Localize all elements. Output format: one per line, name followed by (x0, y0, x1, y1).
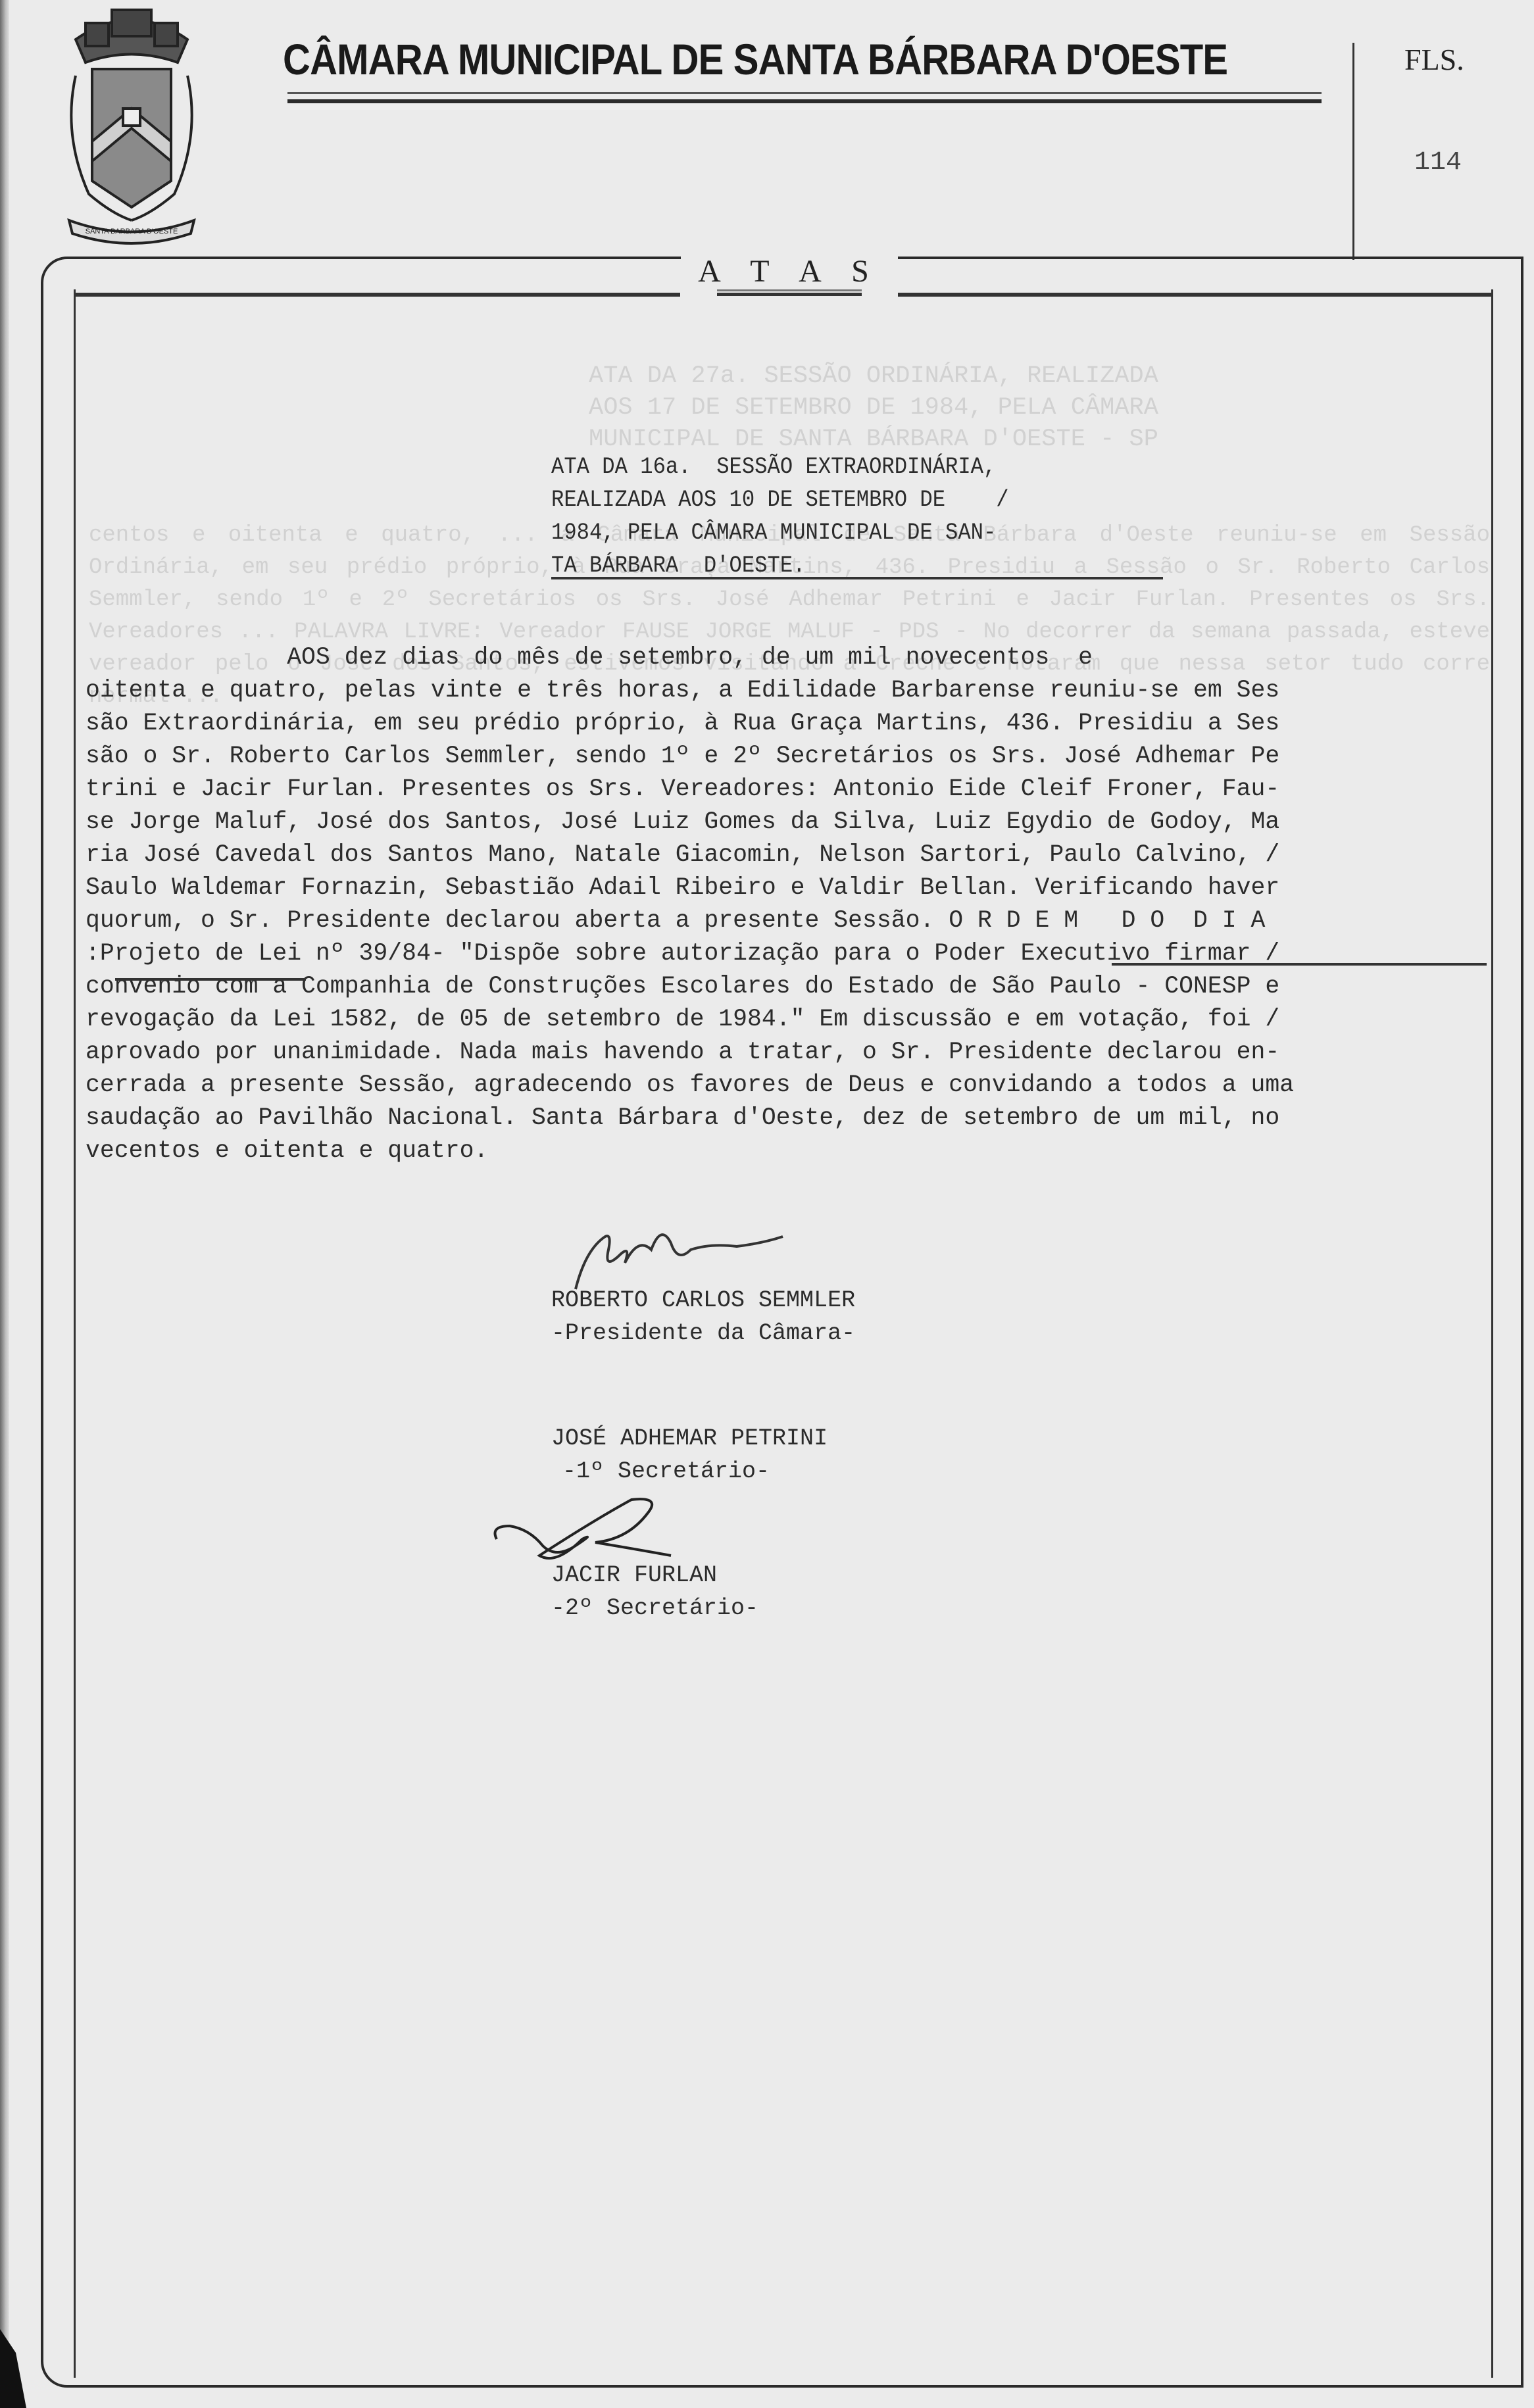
minutes-heading: ATA DA 16a. SESSÃO EXTRAORDINÁRIA,REALIZ… (551, 451, 1108, 582)
section-title: A T A S (681, 253, 898, 289)
inner-top-rule-right (896, 293, 1492, 297)
body-line: saudação ao Pavilhão Nacional. Santa Bár… (86, 1102, 1475, 1135)
heading-line: REALIZADA AOS 10 DE SETEMBRO DE / (551, 483, 1108, 516)
signatory-role: -1º Secretário- (562, 1455, 770, 1488)
heading-underline (551, 577, 1163, 579)
svg-text:SANTA BARBARA D'OESTE: SANTA BARBARA D'OESTE (86, 228, 178, 235)
body-line: quorum, o Sr. Presidente declarou aberta… (86, 904, 1475, 937)
body-line: se Jorge Maluf, José dos Santos, José Lu… (86, 806, 1475, 839)
body-line: aprovado por unanimidade. Nada mais have… (86, 1036, 1475, 1069)
signatory-role: -2º Secretário- (551, 1592, 758, 1625)
body-line: ria José Cavedal dos Santos Mano, Natale… (86, 839, 1475, 872)
scan-corner-shadow (0, 2329, 26, 2408)
body-line: Saulo Waldemar Fornazin, Sebastião Adail… (86, 872, 1475, 904)
projeto-underline (115, 978, 306, 981)
body-line: oitenta e quatro, pelas vinte e três hor… (86, 674, 1475, 707)
body-line: revogação da Lei 1582, de 05 de setembro… (86, 1003, 1475, 1036)
heading-line: 1984, PELA CÂMARA MUNICIPAL DE SAN- (551, 516, 1108, 549)
signatory-name: ROBERTO CARLOS SEMMLER (551, 1284, 855, 1317)
body-line: trini e Jacir Furlan. Presentes os Srs. … (86, 773, 1475, 806)
body-line: cerrada a presente Sessão, agradecendo o… (86, 1069, 1475, 1102)
inner-top-rule-left (74, 293, 680, 297)
minutes-body: AOS dez dias do mês de setembro, de um m… (86, 641, 1475, 1167)
body-line: são o Sr. Roberto Carlos Semmler, sendo … (86, 740, 1475, 773)
body-line: são Extraordinária, em seu prédio própri… (86, 707, 1475, 740)
folio-number: 114 (1414, 148, 1462, 178)
body-line: AOS dez dias do mês de setembro, de um m… (86, 641, 1475, 674)
folio-divider (1352, 43, 1354, 260)
signatory-role: -Presidente da Câmara- (551, 1317, 855, 1350)
signatory-name: JOSÉ ADHEMAR PETRINI (551, 1422, 828, 1455)
institution-title: CÂMARA MUNICIPAL DE SANTA BÁRBARA D'OEST… (283, 34, 1227, 84)
header-rule-thick (287, 99, 1322, 103)
signatory-name: JACIR FURLAN (551, 1559, 717, 1592)
section-title-underline (717, 289, 862, 296)
body-line: vecentos e oitenta e quatro. (86, 1135, 1475, 1167)
body-line: convenio com a Companhia de Construções … (86, 970, 1475, 1003)
municipal-crest-icon: SANTA BARBARA D'OESTE (49, 3, 214, 247)
ordem-do-dia-underline (1112, 963, 1487, 966)
heading-line: ATA DA 16a. SESSÃO EXTRAORDINÁRIA, (551, 451, 1108, 483)
header-rule (287, 92, 1322, 94)
scan-left-edge (0, 0, 9, 2408)
folio-label: FLS. (1404, 42, 1464, 77)
